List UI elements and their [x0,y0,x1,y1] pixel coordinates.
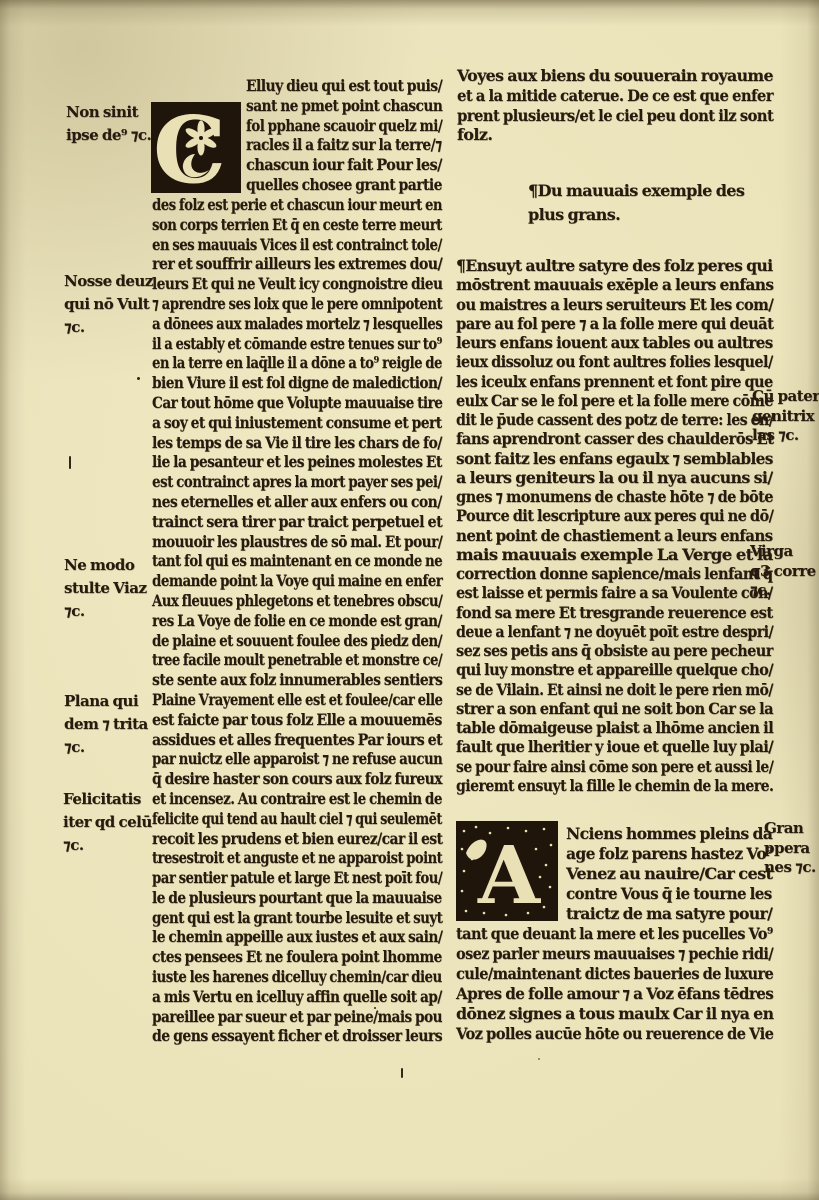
text-line: lie la pesanteur et les peines molestes … [152,452,442,472]
text-line: le de plusieurs pourtant que la mauuaise [152,888,442,908]
text-line: est laisse et permis faire a sa Voulente… [456,583,773,602]
column1-cap-lines: Elluy dieu qui est tout puis/sant ne pme… [246,76,480,195]
text-line: iuste les harenes dicelluy chemin/car di… [152,967,442,987]
text-line: tant que deuant la mere et les pucelles … [456,924,773,944]
margin-note-line: ⁊c. [64,736,85,759]
text-line: a dōnees aux malades mortelz ⁊ lesquelle… [152,314,442,334]
text-line: ste sente aux folz innumerables sentiers [152,670,442,690]
text-line: Pource dit lescripture aux peres qui ne … [456,506,773,525]
text-line: tresestroit et anguste et ne apparoist p… [152,848,442,868]
ink-mark [137,377,140,380]
heading-line: ¶Du mauuais exemple des [528,179,744,203]
margin-note-line: stulte Viaz [64,577,146,600]
text-line: mouuoir les plaustres de sō mal. Et pour… [152,532,442,552]
text-line: a soy et qui iniustement consume et pert [152,413,442,433]
text-line: fault que lheritier y ioue et quelle luy… [456,737,773,756]
heading-line: plus grans. [528,203,620,227]
text-line: se de Vilain. Et ainsi ne doit le pere r… [456,680,773,699]
right-margin-note-3: Granpperanes ⁊c. [764,819,816,878]
ink-mark [401,1068,403,1078]
text-line: q̄ desire haster son cours aux folz fure… [152,769,442,789]
text-line: gieremt ensuyt la fille le chemin de la … [456,776,773,795]
text-line: des folz est perie et chascun iour meurt… [152,195,442,215]
text-line: pareillee par sueur et par peine/mais po… [152,1007,442,1027]
text-line: res La Voye de folie en ce monde est gra… [152,611,442,631]
text-line: Elluy dieu qui est tout puis/ [246,76,442,96]
text-line: ¶Ensuyt aultre satyre des folz peres qui [456,256,773,275]
text-line: les iceulx enfans prennent et font pire … [456,372,773,391]
text-line: Plaine Vrayement elle est et foulee/car … [152,690,442,710]
text-line: se pour faire ainsi cōme son pere et aus… [456,757,773,776]
text-line: ⁊ aprendre ses loix que le pere omnipote… [152,294,442,314]
text-line: par nuictz elle apparoist ⁊ ne refuse au… [152,749,442,769]
margin-note-line: las ⁊c. [752,426,799,446]
text-line: qui luy monstre et appareille quelque ch… [456,660,773,679]
margin-note-line: ipse de⁹ ⁊c. [66,124,151,147]
text-line: nes eternelles et aller aux enfers ou co… [152,492,442,512]
text-line: est faicte par tous folz Elle a mouuemēs [152,710,442,730]
text-line: Apres de folle amour ⁊ a Voz ēfans tēdre… [456,984,773,1004]
text-line: les temps de sa Vie il tire les chars de… [152,433,442,453]
text-line: Voz polles aucūe hōte ou reuerence de Vi… [456,1024,773,1044]
text-line: fans aprendront casser des chaulderōs Et [456,429,773,448]
text-line: est contrainct apres la mort payer ses p… [152,472,442,492]
text-line: contre Vous q̄ ie tourne les [566,884,772,904]
text-line: sant ne pmet point chascun [246,96,442,116]
text-line: le chemin appeille aux iustes et aux sai… [152,927,442,947]
drop-cap-a-woodcut: A [456,821,558,921]
book-page: Non sinitipse de⁹ ⁊c. Nosse deuzqui nō V… [0,0,819,1200]
margin-note-line: dem ⁊ trita [64,713,148,736]
text-line: Venez au nauire/Car cest [566,864,772,884]
right-margin-note-2: Virgaq3 corre⁊c. [750,542,816,601]
text-line: Aux fleuues phlegetons et tenebres obscu… [152,591,442,611]
drop-cap-c-woodcut: C [151,102,241,193]
text-line: son corps terrien Et q̄ en ceste terre m… [152,215,442,235]
text-line: par sentier patule et large Et nest poīt… [152,868,442,888]
margin-note-line: Ne modo [64,554,134,577]
margin-note-line: Virga [750,542,793,562]
text-line: assidues et alles frequentes Par iours e… [152,730,442,750]
text-line: tree facile moult penetrable et monstre … [152,650,442,670]
text-line: et incensez. Au contraire est le chemin … [152,789,442,809]
text-line: sez ses petis ans q̄ obsiste au pere pec… [456,641,773,660]
column2-intro-text: Voyes aux biens du souuerain royaumeet a… [457,66,800,145]
text-line: ieux dissoluz ou font aultres folies les… [456,352,773,371]
margin-note-line: Felicitatis [63,788,141,811]
margin-note-line: ⁊c. [64,316,85,339]
text-line: folz. [457,125,492,145]
text-line: correction donne sapience/mais lenfant q… [456,564,773,583]
text-line: de gens essayent ficher et droisser leur… [152,1026,442,1046]
left-margin-note-5: Felicitatisiter qd celū⁊c. [63,788,152,857]
column2-cap-lines: Nciens hommes pleins daage folz parens h… [566,824,786,924]
text-line: bien Viure il est fol digne de maledicti… [152,373,442,393]
left-margin-note-4: Plana quidem ⁊ trita⁊c. [64,690,148,759]
text-line: Car tout hōme que Volupte mauuaise tire [152,393,442,413]
margin-note-line: ⁊c. [750,581,771,601]
drop-cap-letter: A [477,828,541,921]
text-line: en ses mauuais Vices il est contrainct t… [152,235,442,255]
text-line: cule/maintenant dictes baueries de luxur… [456,964,773,984]
text-line: demande point la Voye qui maine en enfer [152,571,442,591]
chapter-heading: ¶Du mauuais exemple desplus grans. [528,179,744,226]
ink-mark [374,1007,376,1009]
text-line: traictz de ma satyre pour/ [566,904,772,924]
text-line: sont faitz les enfans egaulx ⁊ semblable… [456,449,773,468]
text-line: il a estably et cōmande estre tenues sur… [152,334,442,354]
text-line: fol pphane scauoir quelz mi/ [246,116,442,136]
text-line: gent qui est la grant tourbe lesuite et … [152,908,442,928]
margin-note-line: Gran [764,819,803,839]
text-line: strer a son enfant qui ne soit bon Car s… [456,699,773,718]
text-line: mōstrent mauuais exēple a leurs enfans [456,275,773,294]
margin-note-line: nes ⁊c. [764,858,816,878]
text-line: ou maistres a leurs seruiteurs Et les co… [456,295,773,314]
column2-satire-text: ¶Ensuyt aultre satyre des folz peres qui… [456,256,819,795]
ink-mark [69,456,71,469]
text-line: Voyes aux biens du souuerain royaume [457,66,773,86]
text-line: racles il a faitz sur la terre/⁊ [246,135,442,155]
text-line: dit le p̄ude cassent des potz de terre: … [456,410,773,429]
text-line: ctes pensees Et ne foulera point lhomme [152,947,442,967]
text-line: mais mauuais exemple La Verge et la [456,545,773,564]
text-line: table dōmaigeuse plaist a lhōme ancien i… [456,718,773,737]
text-line: gnes ⁊ monumens de chaste hōte ⁊ de bōte [456,487,773,506]
right-margin-note-1: Cū patergenitrixlas ⁊c. [752,387,819,446]
text-line: a mis Vertu en icelluy affin quelle soit… [152,987,442,1007]
text-line: fond sa mere Et tresgrande reuerence est [456,603,773,622]
text-line: leurs Et qui ne Veult icy congnoistre di… [152,274,442,294]
text-line: chascun iour fait Pour les/ [246,155,442,175]
text-line: rer et souffrir ailleurs les extremes do… [152,254,442,274]
text-line: et a la mitide caterue. De ce est que en… [457,86,773,106]
margin-note-line: iter qd celū [63,811,152,834]
text-line: en la terre en laq̄lle il a dōne a to⁹ r… [152,353,442,373]
margin-note-line: Non sinit [66,101,138,124]
margin-note-line: ⁊c. [64,600,85,623]
text-line: leurs enfans iouent aux tables ou aultre… [456,333,773,352]
margin-note-line: ppera [764,839,810,859]
text-line: osez parler meurs mauuaises ⁊ pechie rid… [456,944,773,964]
margin-note-line: Nosse deuz [64,270,153,293]
text-line: deue a lenfant ⁊ ne doyuēt poīt estre de… [456,622,773,641]
column2-closing-text: tant que deuant la mere et les pucelles … [456,924,808,1044]
margin-note-line: ⁊c. [63,834,84,857]
text-line: trainct sera tirer par traict perpetuel … [152,512,442,532]
text-line: nent point de chastiement a leurs enfans [456,526,773,545]
text-line: quelles chosee grant partie [246,175,442,195]
ink-mark [538,1058,540,1060]
text-line: a leurs geniteurs la ou il nya aucuns si… [456,468,773,487]
text-line: de plaine et souuent foulee des piedz de… [152,631,442,651]
text-line: pare au fol pere ⁊ a la folle mere qui d… [456,314,773,333]
text-line: felicite qui tend au hault ciel ⁊ qui se… [152,809,442,829]
text-line: Nciens hommes pleins da [566,824,772,844]
margin-note-line: Plana qui [64,690,138,713]
margin-note-line: qui nō Vult [64,293,149,316]
margin-note-line: Cū pater [752,387,819,407]
left-margin-note-2: Nosse deuzqui nō Vult⁊c. [64,270,153,339]
text-line: dōnez signes a tous maulx Car il nya en [456,1004,773,1024]
text-line: prent plusieurs/et le ciel peu dont ilz … [457,106,773,126]
left-margin-note-3: Ne modostulte Viaz⁊c. [64,554,146,623]
text-line: tant fol qui es maintenant en ce monde n… [152,551,442,571]
left-margin-note-1: Non sinitipse de⁹ ⁊c. [66,101,151,147]
margin-note-line: genitrix [752,407,814,427]
text-line: eulx Car se le fol pere et la folle mere… [456,391,773,410]
margin-note-line: q3 corre [750,562,816,582]
text-line: age folz parens hastez Vo⁹ [566,844,772,864]
text-line: recoit les prudens et bien eurez/car il … [152,829,442,849]
